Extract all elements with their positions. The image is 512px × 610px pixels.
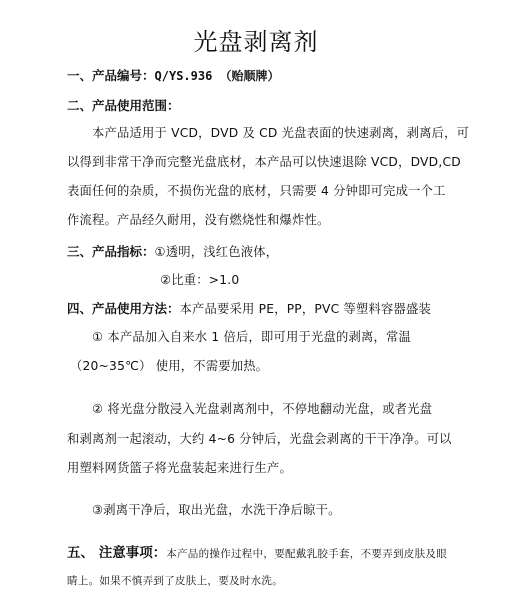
step-line: ① 本产品加入自来水 1 倍后，即可用于光盘的剥离，常温 <box>92 329 411 345</box>
section-precautions: 五、 注意事项：本产品的操作过程中，要配戴乳胶手套，不要弄到皮肤及眼 <box>67 545 447 562</box>
method-intro: 本产品要采用 PE，PP，PVC 等塑料容器盛装 <box>180 302 432 316</box>
precaution-text: 本产品的操作过程中，要配戴乳胶手套，不要弄到皮肤及眼 <box>166 548 447 560</box>
spec-item: ②比重：>1.0 <box>160 272 239 288</box>
section-product-code: 一、产品编号：Q/YS.936 （贻顺牌） <box>67 68 280 84</box>
section-heading: 一、产品编号： <box>67 68 155 83</box>
paragraph-line: 以得到非常干净而完整光盘底材，本产品可以快速退除 VCD，DVD,CD <box>67 154 461 170</box>
section-heading: 四、产品使用方法： <box>67 301 180 316</box>
section-usage-method: 四、产品使用方法：本产品要采用 PE，PP，PVC 等塑料容器盛装 <box>67 301 431 317</box>
step-line: 和剥离剂一起滚动，大约 4~6 分钟后，光盘会剥离的干干净净。可以 <box>67 431 452 447</box>
paragraph-line: 作流程。产品经久耐用，没有燃烧性和爆炸性。 <box>67 212 329 228</box>
page-title: 光盘剥离剂 <box>0 22 512 57</box>
paragraph-line: 表面任何的杂质，不损伤光盘的底材，只需要 4 分钟即可完成一个工 <box>67 183 446 199</box>
precaution-text: 睛上。如果不慎弄到了皮肤上，要及时水洗。 <box>67 573 283 589</box>
spec-item: ①透明，浅红色液体， <box>155 245 279 259</box>
paragraph-line: 本产品适用于 VCD，DVD 及 CD 光盘表面的快速剥离，剥离后，可 <box>92 125 469 141</box>
step-line: 用塑料网货篮子将光盘装起来进行生产。 <box>67 460 292 476</box>
product-code: Q/YS.936 （贻顺牌） <box>155 69 280 83</box>
section-specs: 三、产品指标：①透明，浅红色液体， <box>67 244 278 260</box>
section-heading: 五、 注意事项： <box>67 545 166 561</box>
step-line: （20~35℃） 使用，不需要加热。 <box>70 358 268 374</box>
section-heading: 二、产品使用范围： <box>67 98 180 113</box>
step-line: ② 将光盘分散浸入光盘剥离剂中，不停地翻动光盘，或者光盘 <box>92 401 432 417</box>
section-heading: 三、产品指标： <box>67 244 155 259</box>
step-line: ③剥离干净后，取出光盘，水洗干净后晾干。 <box>92 502 341 518</box>
section-usage-scope: 二、产品使用范围： <box>67 98 180 114</box>
